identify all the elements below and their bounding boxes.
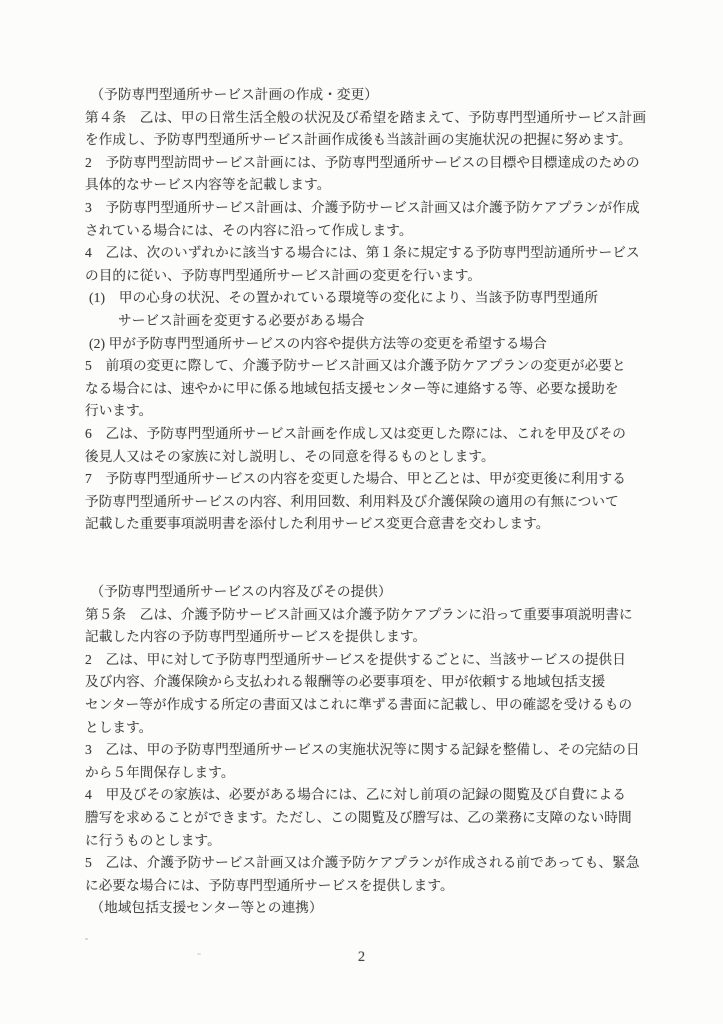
text-line: 3 予防専門型通所サービス計画は、介護予防サービス計画又は介護予防ケアプランが作… [85,197,657,220]
text-line: 5 前項の変更に際して、介護予防サービス計画又は介護予防ケアプランの変更が必要と [85,355,657,378]
contract-section: （予防専門型通所サービスの内容及びその提供）第５条 乙は、介護予防サービス計画又… [85,581,657,897]
text-line: 4 乙は、次のいずれかに該当する場合には、第１条に規定する予防専門型訪通所サービ… [85,242,657,265]
section-heading: （地域包括支援センター等との連携） [85,897,657,920]
text-line: 後見人又はその家族に対し説明し、その同意を得るものとします。 [85,446,657,469]
text-line: 6 乙は、予防専門型通所サービス計画を作成し又は変更した際には、これを甲及びその [85,423,657,446]
contract-section: （地域包括支援センター等との連携） [85,897,657,920]
text-line: 4 甲及びその家族は、必要がある場合には、乙に対し前項の記録の閲覧及び自費による [85,784,657,807]
section-heading: （予防専門型通所サービス計画の作成・変更） [85,84,657,107]
text-line: サービス計画を変更する必要がある場合 [85,310,657,333]
document-body: （予防専門型通所サービス計画の作成・変更）第４条 乙は、甲の日常生活全般の状況及… [85,84,657,920]
section-heading: （予防専門型通所サービスの内容及びその提供） [85,581,657,604]
text-line: 記載した内容の予防専門型通所サービスを提供します。 [85,626,657,649]
text-line: とします。 [85,717,657,740]
text-line: の目的に従い、予防専門型通所サービス計画の変更を行います。 [85,265,657,288]
page-number: 2 [0,946,723,968]
text-line: 謄写を求めることができます。ただし、この閲覧及び謄写は、乙の業務に支障のない時間 [85,807,657,830]
scan-speck [197,953,201,955]
text-line: (2) 甲が予防専門型通所サービスの内容や提供方法等の変更を希望する場合 [85,333,657,356]
scanned-contract-page: （予防専門型通所サービス計画の作成・変更）第４条 乙は、甲の日常生活全般の状況及… [0,0,723,1024]
scan-speck [339,690,341,692]
text-line: センター等が作成する所定の書面又はこれに準ずる書面に記載し、甲の確認を受けるもの [85,694,657,717]
text-line: されている場合には、その内容に沿って作成します。 [85,220,657,243]
text-line: 5 乙は、介護予防サービス計画又は介護予防ケアプランが作成される前であっても、緊… [85,852,657,875]
text-line: 3 乙は、甲の予防専門型通所サービスの実施状況等に関する記録を整備し、その完結の… [85,739,657,762]
text-line: に行うものとします。 [85,830,657,853]
text-line: 2 乙は、甲に対して予防専門型通所サービスを提供するごとに、当該サービスの提供日 [85,649,657,672]
scan-speck [85,938,88,940]
text-line: 具体的なサービス内容等を記載します。 [85,174,657,197]
text-line: 記載した重要事項説明書を添付した利用サービス変更合意書を交わします。 [85,513,657,536]
text-line: 予防専門型通所サービスの内容、利用回数、利用料及び介護保険の適用の有無について [85,491,657,514]
text-line: に必要な場合には、予防専門型通所サービスを提供します。 [85,875,657,898]
text-line: 2 予防専門型訪問サービス計画には、予防専門型通所サービスの目標や目標達成のため… [85,152,657,175]
text-line: なる場合には、速やかに甲に係る地域包括支援センター等に連絡する等、必要な援助を [85,378,657,401]
text-line: 及び内容、介護保険から支払われる報酬等の必要事項を、甲が依頼する地域包括支援 [85,671,657,694]
text-line: 第５条 乙は、介護予防サービス計画又は介護予防ケアプランに沿って重要事項説明書に [85,604,657,627]
contract-section: （予防専門型通所サービス計画の作成・変更）第４条 乙は、甲の日常生活全般の状況及… [85,84,657,536]
text-line: 行います。 [85,400,657,423]
text-line: 第４条 乙は、甲の日常生活全般の状況及び希望を踏まえて、予防専門型通所サービス計… [85,107,657,130]
text-line: を作成し、予防専門型通所サービス計画作成後も当該計画の実施状況の把握に努めます。 [85,129,657,152]
text-line: (1) 甲の心身の状況、その置かれている環境等の変化により、当該予防専門型通所 [85,287,657,310]
text-line: 7 予防専門型通所サービスの内容を変更した場合、甲と乙とは、甲が変更後に利用する [85,468,657,491]
text-line: から５年間保存します。 [85,762,657,785]
